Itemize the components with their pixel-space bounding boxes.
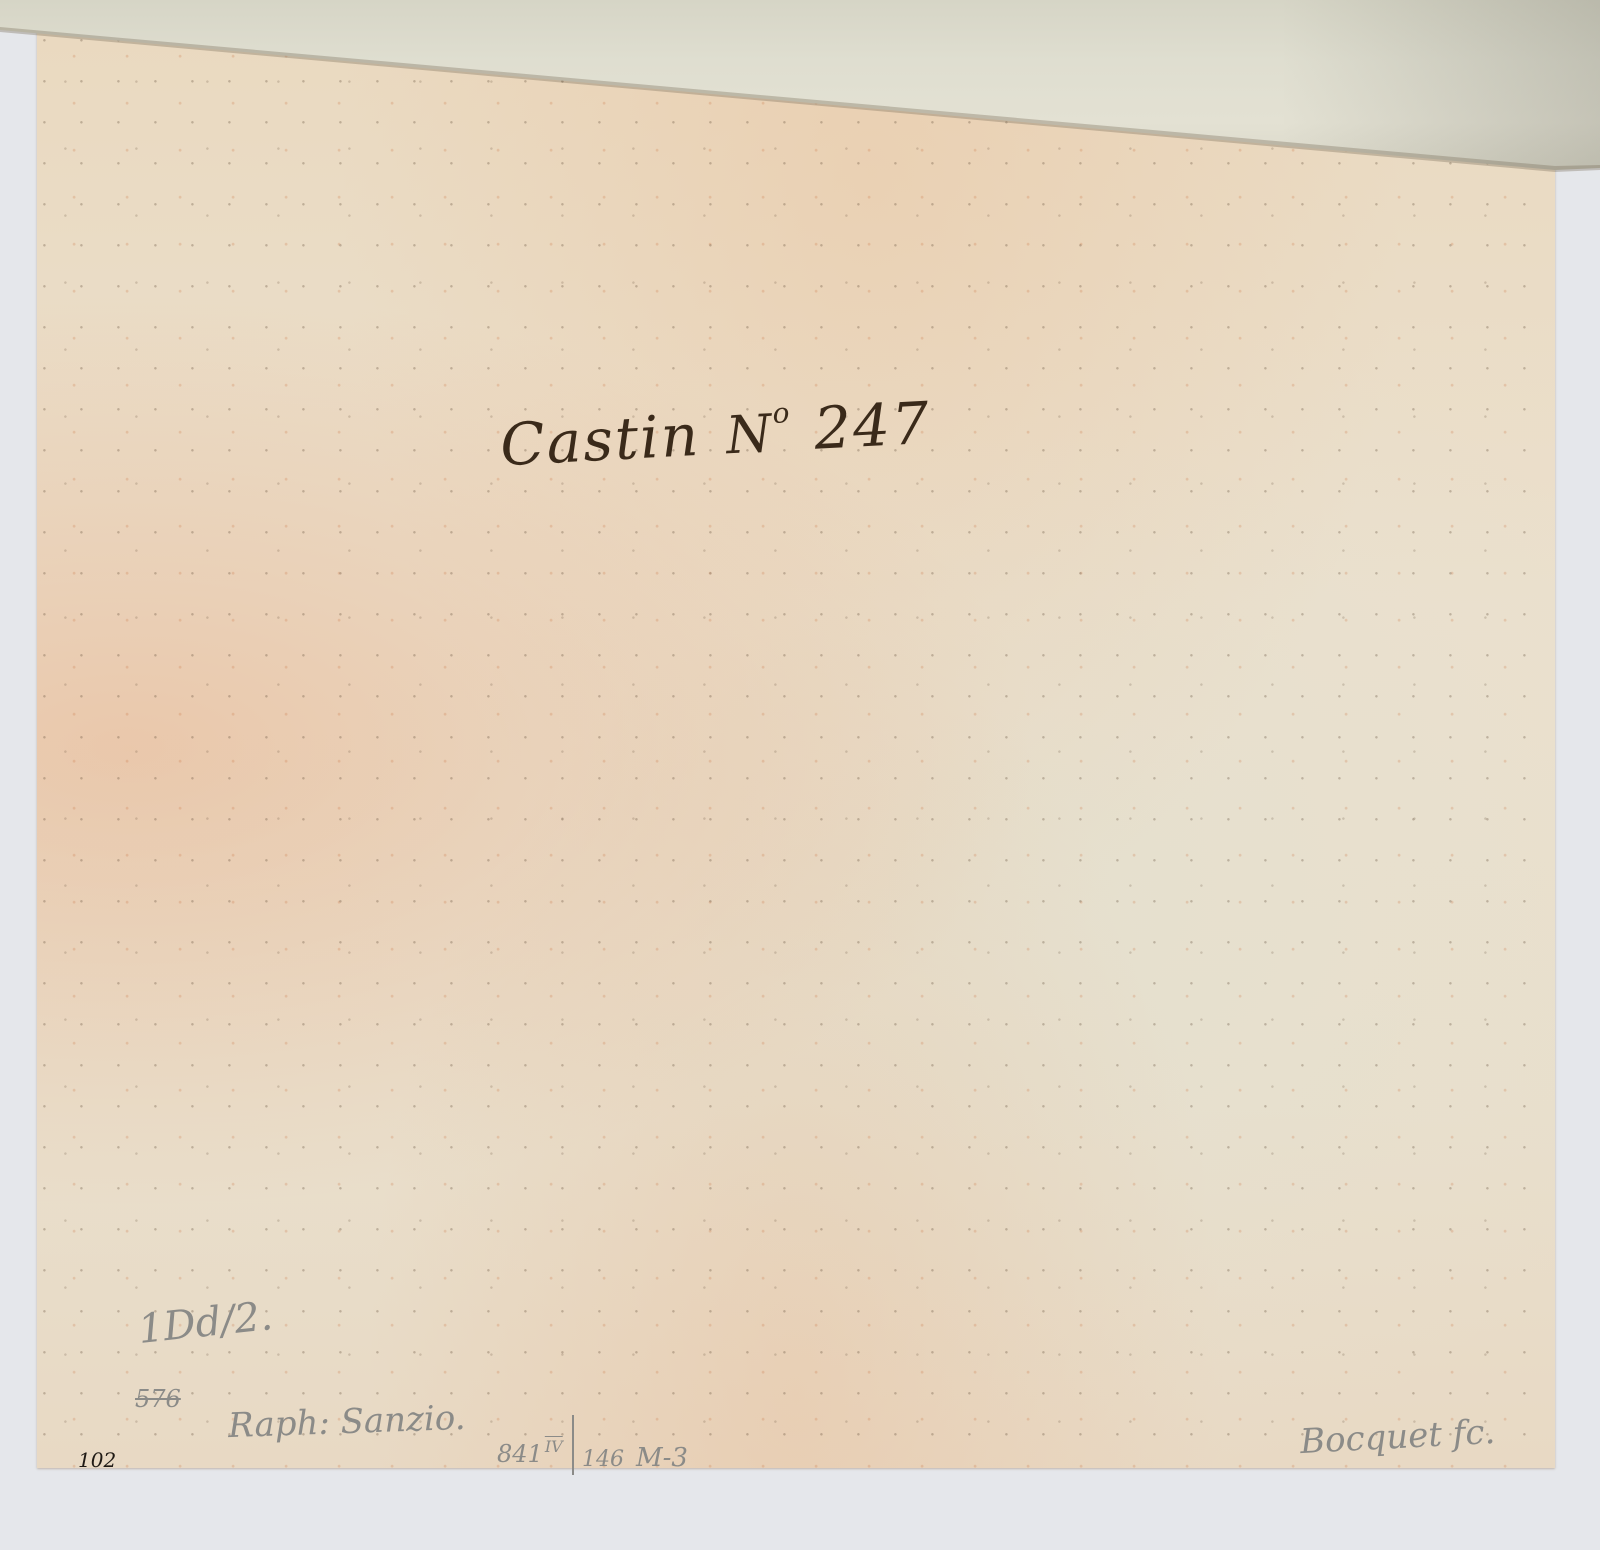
reference-a-number: 841 (497, 1440, 543, 1468)
struck-through-number: 576 (135, 1385, 181, 1413)
title-number: 247 (812, 389, 932, 463)
document-sheet (37, 28, 1555, 1468)
reference-number-a: 841IV (497, 1437, 563, 1468)
reference-b-code: M-3 (636, 1443, 688, 1473)
inventory-number: 102 (78, 1448, 116, 1472)
reference-divider-line (572, 1415, 574, 1475)
title-number-sign: No (725, 403, 794, 466)
reference-a-roman: IV (545, 1437, 563, 1456)
paper-foxing-texture (37, 28, 1555, 1468)
reference-number-b: 146M-3 (582, 1443, 688, 1473)
title-name: Castin (499, 401, 702, 479)
artist-inscription: Raph: Sanzio. (227, 1398, 466, 1446)
reference-b-number: 146 (582, 1447, 624, 1472)
